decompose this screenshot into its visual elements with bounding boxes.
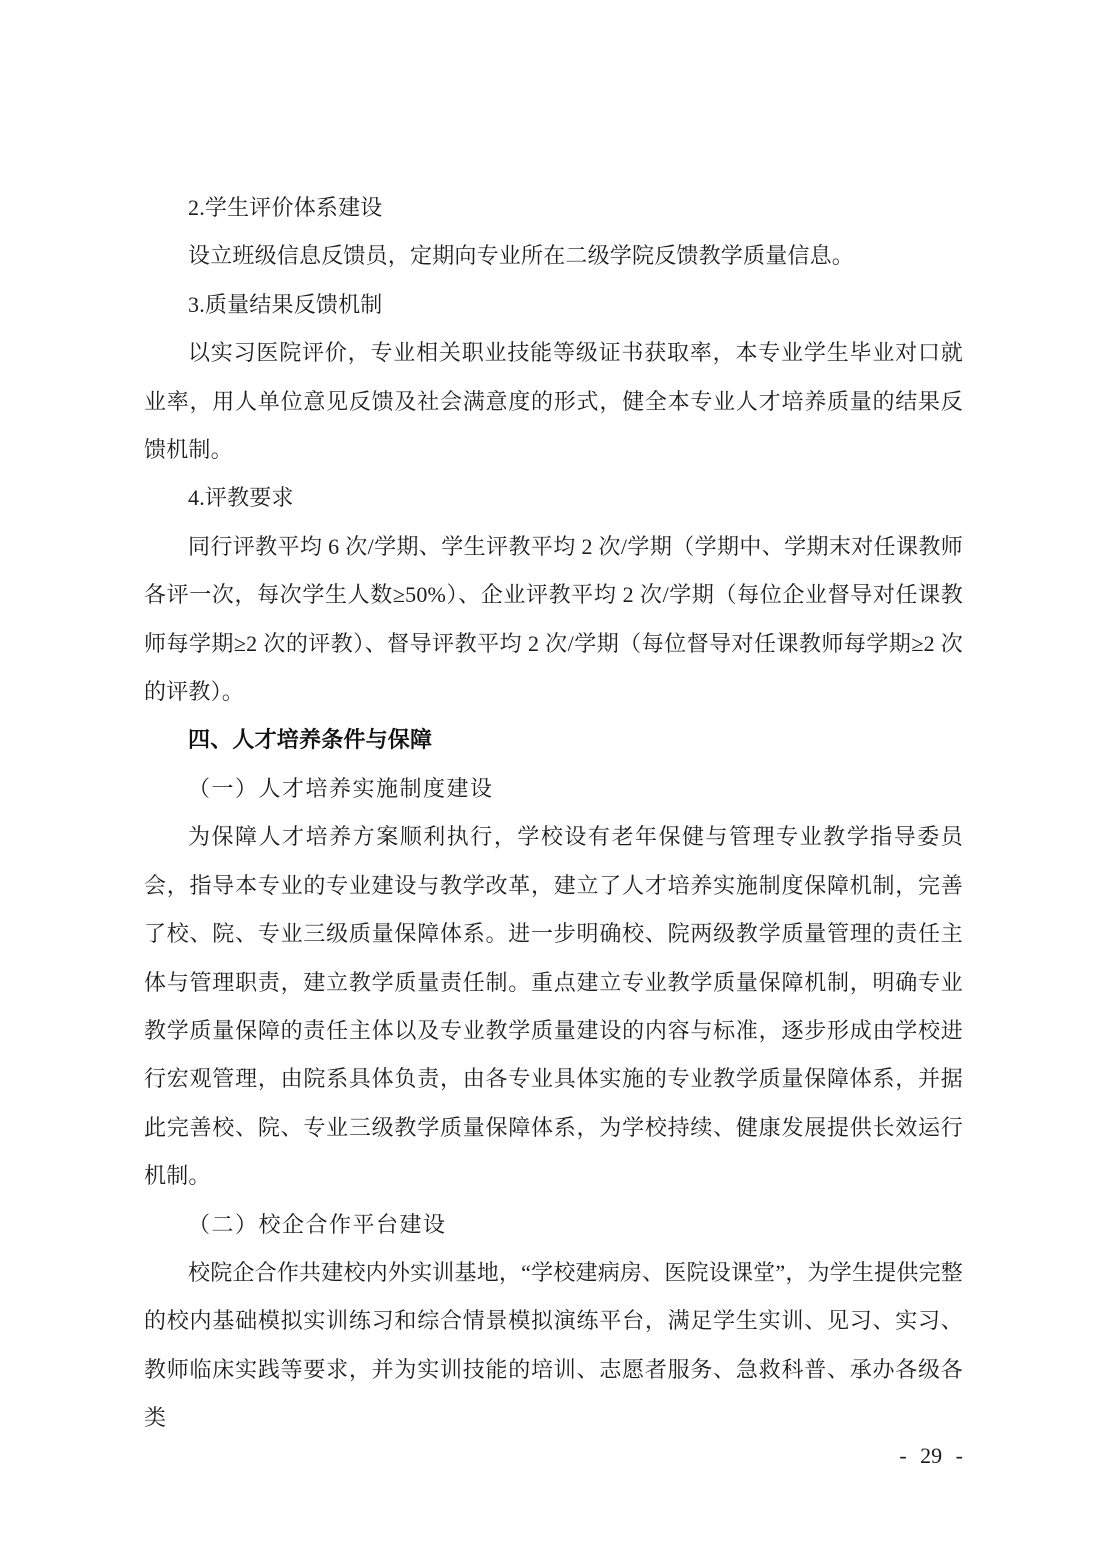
subsection-heading: （二）校企合作平台建设 (144, 1201, 963, 1249)
paragraph: 设立班级信息反馈员，定期向专业所在二级学院反馈教学质量信息。 (144, 232, 963, 280)
numbered-subheading: 2.学生评价体系建设 (144, 184, 963, 232)
numbered-subheading: 4.评教要求 (144, 474, 963, 522)
document-body: 2.学生评价体系建设 设立班级信息反馈员，定期向专业所在二级学院反馈教学质量信息… (144, 184, 963, 1443)
page-number: - 29 - (899, 1441, 963, 1471)
subsection-heading: （一）人才培养实施制度建设 (144, 765, 963, 813)
paragraph: 为保障人才培养方案顺利执行，学校设有老年保健与管理专业教学指导委员会，指导本专业… (144, 813, 963, 1200)
paragraph: 校院企合作共建校内外实训基地，“学校建病房、医院设课堂”，为学生提供完整的校内基… (144, 1249, 963, 1443)
document-page: 2.学生评价体系建设 设立班级信息反馈员，定期向专业所在二级学院反馈教学质量信息… (0, 0, 1102, 1559)
paragraph: 以实习医院评价，专业相关职业技能等级证书获取率，本专业学生毕业对口就业率，用人单… (144, 329, 963, 474)
paragraph: 同行评教平均 6 次/学期、学生评教平均 2 次/学期（学期中、学期末对任课教师… (144, 523, 963, 717)
section-heading: 四、人才培养条件与保障 (144, 716, 963, 764)
numbered-subheading: 3.质量结果反馈机制 (144, 281, 963, 329)
